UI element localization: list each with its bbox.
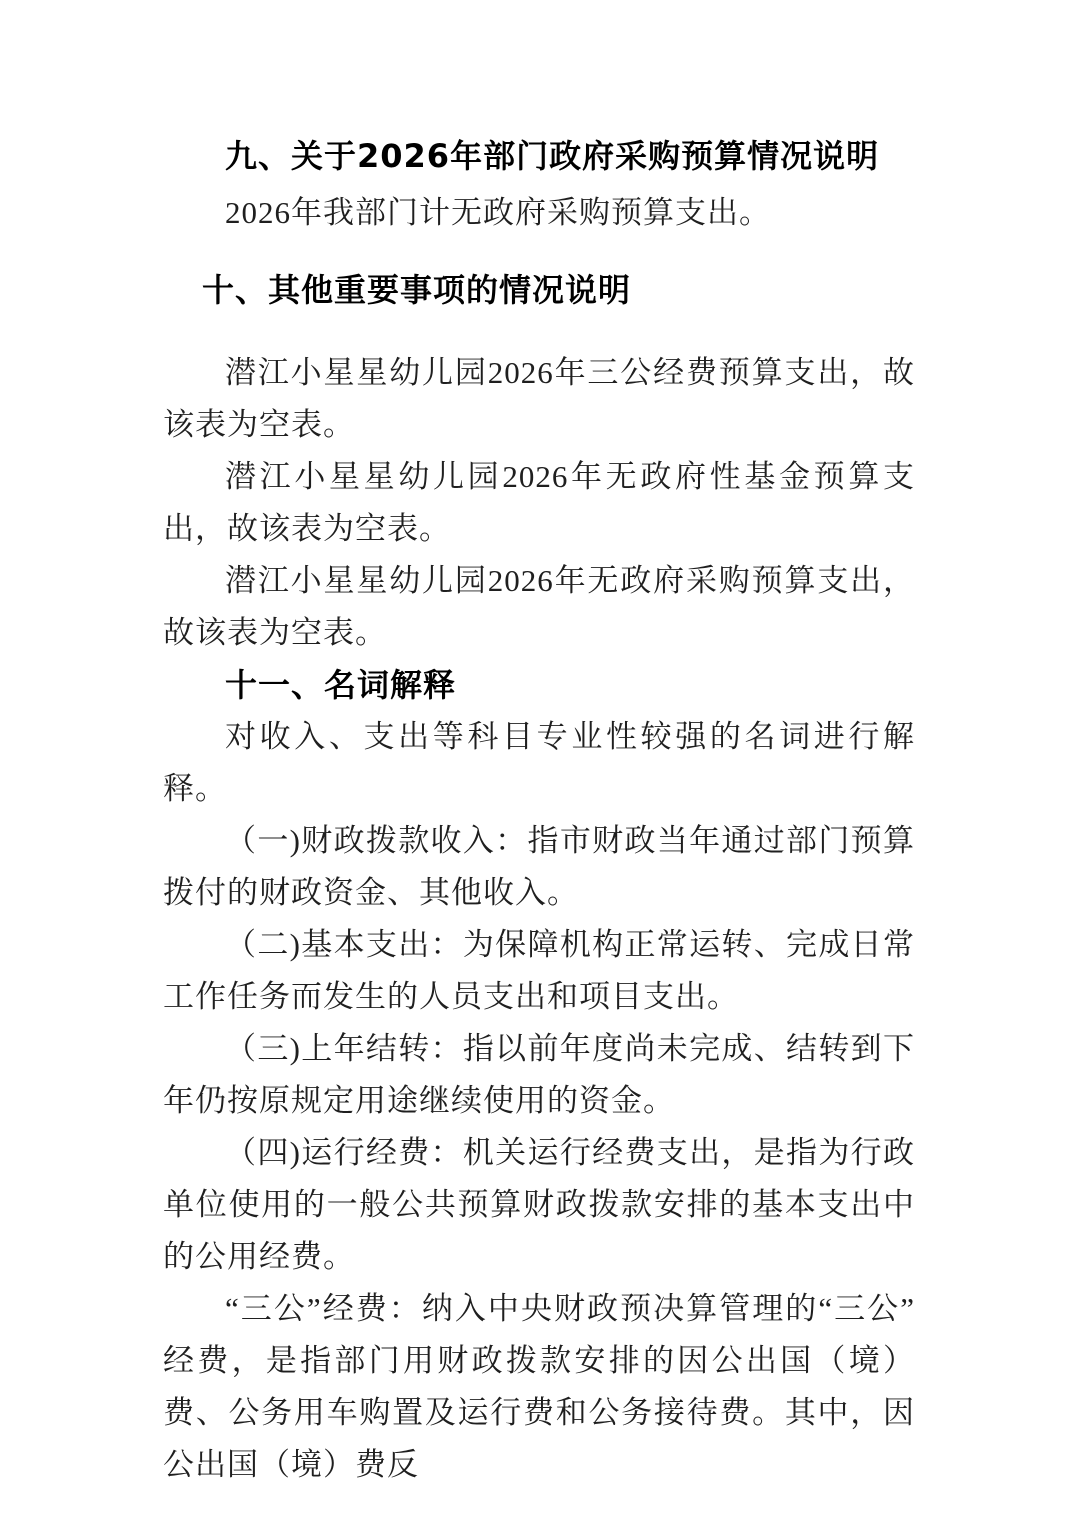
paragraph-term-4-operating-expenses: （四)运行经费：机关运行经费支出，是指为行政单位使用的一般公共预算财政拨款安排的… — [163, 1127, 915, 1283]
paragraph-government-fund-budget-empty-table: 潜江小星星幼儿园2026年无政府性基金预算支出，故该表为空表。 — [163, 451, 915, 555]
paragraph-term-2-basic-expenditure: （二)基本支出：为保障机构正常运转、完成日常工作任务而发生的人员支出和项目支出。 — [163, 919, 915, 1023]
paragraph-no-procurement-budget: 2026年我部门计无政府采购预算支出。 — [163, 187, 915, 239]
section-heading-11-glossary: 十一、名词解释 — [163, 659, 915, 711]
paragraph-procurement-budget-empty-table: 潜江小星星幼儿园2026年无政府采购预算支出，故该表为空表。 — [163, 555, 915, 659]
paragraph-term-three-public-expenses: “三公”经费：纳入中央财政预决算管理的“三公”经费，是指部门用财政拨款安排的因公… — [163, 1283, 915, 1491]
paragraph-term-3-carryover-from-previous-year: （三)上年结转：指以前年度尚未完成、结转到下年仍按原规定用途继续使用的资金。 — [163, 1023, 915, 1127]
paragraph-three-public-funds-empty-table: 潜江小星星幼儿园2026年三公经费预算支出，故该表为空表。 — [163, 347, 915, 451]
section-heading-9-government-procurement-budget: 九、关于2026年部门政府采购预算情况说明 — [163, 130, 915, 182]
document-content: 九、关于2026年部门政府采购预算情况说明 2026年我部门计无政府采购预算支出… — [163, 130, 915, 1491]
document-page: 九、关于2026年部门政府采购预算情况说明 2026年我部门计无政府采购预算支出… — [0, 0, 1074, 1520]
paragraph-term-1-fiscal-appropriation-income: （一)财政拨款收入：指市财政当年通过部门预算拨付的财政资金、其他收入。 — [163, 815, 915, 919]
paragraph-glossary-intro: 对收入、支出等科目专业性较强的名词进行解释。 — [163, 711, 915, 815]
section-heading-10-other-important-matters: 十、其他重要事项的情况说明 — [163, 264, 915, 316]
